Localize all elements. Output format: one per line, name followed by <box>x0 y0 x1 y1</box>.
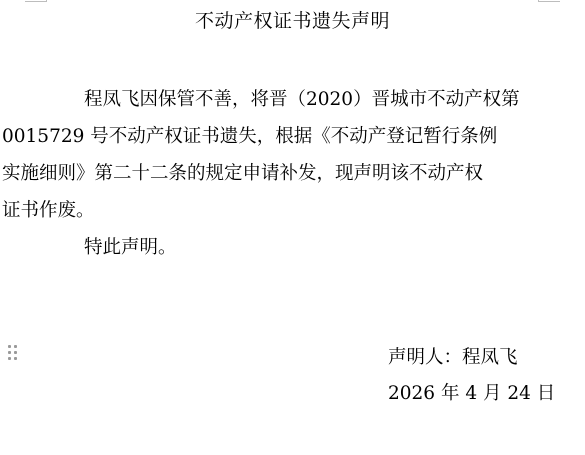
declarant-name: 程凤飞 <box>462 347 518 368</box>
declaration-date: 2026 年 4 月 24 日 <box>388 376 555 412</box>
paragraph-statement: 程凤飞因保管不善，将晋（2020）晋城市不动产权第 0015729 号不动产权证… <box>43 81 543 229</box>
drag-handle-icon[interactable] <box>8 345 17 359</box>
top-left-margin-mark <box>25 0 47 2</box>
statement-line-4: 证书作废。 <box>2 200 95 221</box>
document-body: 程凤飞因保管不善，将晋（2020）晋城市不动产权第 0015729 号不动产权证… <box>43 81 543 266</box>
statement-line-2: 0015729 号不动产权证书遗失，根据《不动产登记暂行条例 <box>2 126 497 147</box>
declarant-label: 声明人： <box>388 347 462 368</box>
statement-line-1: 程凤飞因保管不善，将晋（2020）晋城市不动产权第 <box>84 89 520 110</box>
top-right-margin-mark <box>538 0 560 2</box>
paragraph-closing: 特此声明。 <box>43 229 543 266</box>
signature-block: 声明人：程凤飞 2026 年 4 月 24 日 <box>388 340 555 412</box>
statement-line-3: 实施细则》第二十二条的规定申请补发，现声明该不动产权 <box>2 163 483 184</box>
document-title: 不动产权证书遗失声明 <box>0 8 585 34</box>
declarant-line: 声明人：程凤飞 <box>388 340 555 376</box>
